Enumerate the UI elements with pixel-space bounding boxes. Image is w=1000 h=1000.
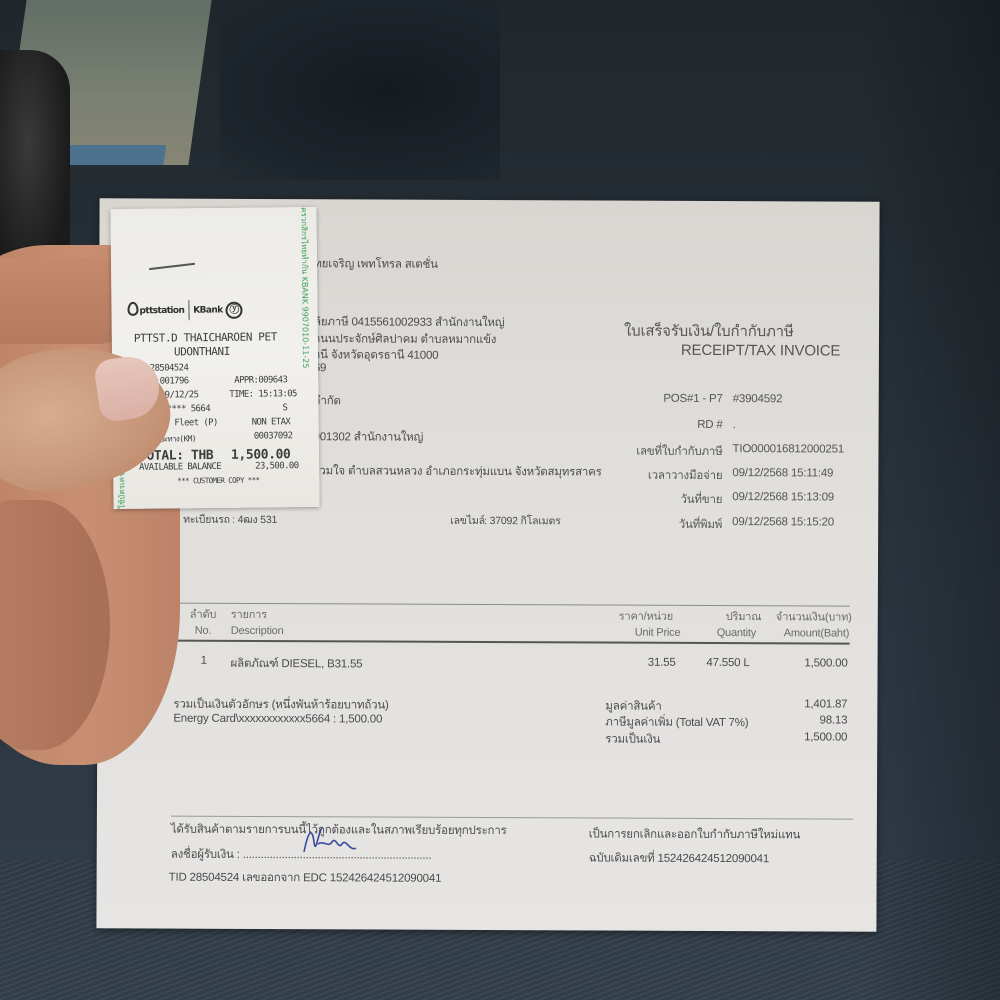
row-unit-price: 31.55 bbox=[648, 657, 676, 669]
seller-name: ทยเจริญ เพทโทรล สเตชั่น bbox=[314, 255, 438, 274]
seller-tax-id: ลิยภาษี 0415561002933 สำนักงานใหญ่ bbox=[314, 313, 504, 332]
payment-method-line: Energy Card\xxxxxxxxxxxx5664 : 1,500.00 bbox=[173, 713, 382, 726]
buyer-address: รวมใจ ตำบลสวนหลวง อำเภอกระทุ่มแบน จังหวั… bbox=[313, 462, 601, 481]
total-label: รวมเป็นเงิน bbox=[605, 731, 660, 749]
slip-balance-value: 23,500.00 bbox=[255, 461, 298, 471]
col-amount-th: จำนวนเงิน(บาท) bbox=[776, 609, 852, 625]
meta-value: 09/12/2568 15:11:49 bbox=[732, 467, 833, 479]
meta-label: POS#1 - P7 bbox=[583, 392, 723, 405]
meta-value: 09/12/2568 15:15:20 bbox=[732, 516, 834, 528]
original-invoice-number: ฉบับเดิมเลขที่ 152426424512090041 bbox=[589, 849, 769, 868]
slip-merchant-line1: PTTST.D THAICHAROEN PET bbox=[134, 330, 277, 344]
row-quantity: 47.550 L bbox=[706, 657, 749, 669]
document-title-english: RECEIPT/TAX INVOICE bbox=[681, 342, 840, 360]
slip-customer-copy: *** CUSTOMER COPY *** bbox=[177, 476, 259, 486]
meta-value: TIO000016812000251 bbox=[732, 443, 844, 455]
total-value: 98.13 bbox=[820, 714, 848, 726]
tid-edc-line: TID 28504524 เลขออกจาก EDC 1524264245120… bbox=[169, 869, 442, 888]
signature-scribble bbox=[300, 822, 360, 860]
card-payment-slip: ใช้บัตรเครดิตกสิกรไทยทำงานในที่เดียว ครว… bbox=[110, 207, 319, 509]
meta-value: 09/12/2568 15:13:09 bbox=[732, 491, 834, 503]
col-price-th: ราคา/หน่วย bbox=[619, 609, 673, 625]
car-dashboard-background bbox=[220, 0, 500, 180]
meta-value: . bbox=[733, 419, 736, 431]
vehicle-plate-value: : 4ฒง 531 bbox=[232, 511, 277, 528]
slip-odometer-value: 00037092 bbox=[254, 431, 293, 441]
seller-address-line2: านี จังหวัดอุดรธานี 41000 bbox=[314, 346, 439, 365]
col-desc-en: Description bbox=[231, 623, 284, 639]
document-title-thai: ใบเสร็จรับเงิน/ใบกำกับภาษี bbox=[624, 319, 794, 344]
mileage-value: : 37092 กิโลเมตร bbox=[484, 512, 560, 529]
slip-merchant-line2: UDONTHANI bbox=[174, 345, 230, 359]
line-items: 1ผลิตภัณฑ์ DIESEL, B31.5531.5547.550 L1,… bbox=[100, 198, 880, 201]
totals-block: มูลค่าสินค้า1,401.87ภาษีมูลค่าเพิ่ม (Tot… bbox=[100, 198, 880, 201]
meta-label: เลขที่ใบกำกับภาษี bbox=[582, 442, 722, 461]
mileage-label: เลขไมล์ bbox=[450, 512, 485, 529]
total-value: 1,500.00 bbox=[804, 731, 847, 743]
slip-time: TIME: 15:13:05 bbox=[229, 389, 297, 400]
slip-logo: pttstationKBankⓨ bbox=[127, 300, 242, 321]
row-description: ผลิตภัณฑ์ DIESEL, B31.55 bbox=[231, 655, 363, 674]
footer-rule bbox=[171, 816, 853, 820]
col-qty-en: Quantity bbox=[717, 625, 756, 641]
col-amount-en: Amount(Baht) bbox=[784, 625, 850, 641]
buyer-tax-id: 001302 สำนักงานใหญ่ bbox=[314, 428, 424, 446]
col-desc-th: รายการ bbox=[231, 607, 267, 623]
amount-in-words: รวมเป็นเงินตัวอักษร (หนึ่งพันห้าร้อยบาทถ… bbox=[173, 696, 388, 715]
total-value: 1,401.87 bbox=[804, 698, 847, 710]
ptt-flame-icon bbox=[127, 301, 138, 315]
meta-label: วันที่ขาย bbox=[582, 490, 722, 509]
col-price-en: Unit Price bbox=[635, 625, 681, 641]
pen-mark bbox=[149, 263, 195, 270]
kbank-logo-text: KBank bbox=[193, 305, 222, 315]
kbank-emblem-icon: ⓨ bbox=[225, 301, 242, 318]
col-no-en: No. bbox=[195, 623, 212, 639]
replacement-statement: เป็นการยกเลิกและออกใบกำกับภาษีใหม่แทน bbox=[589, 825, 800, 844]
col-qty-th: ปริมาณ bbox=[726, 609, 762, 625]
slip-card-flag: S bbox=[282, 403, 287, 413]
total-label: ภาษีมูลค่าเพิ่ม (Total VAT 7%) bbox=[605, 714, 748, 733]
slip-approval-code: APPR:009643 bbox=[234, 375, 287, 386]
col-no-th: ลำดับ bbox=[190, 607, 217, 623]
meta-label: RD # bbox=[583, 418, 723, 431]
invoice-meta-block: POS#1 - P7#3904592RD #.เลขที่ใบกำกับภาษี… bbox=[100, 198, 880, 201]
slip-etax-flag: NON ETAX bbox=[252, 417, 291, 427]
slip-balance-label: AVAILABLE BALANCE bbox=[139, 462, 221, 473]
meta-label: เวลาวางมือจ่าย bbox=[582, 466, 722, 485]
slip-right-border-text: ครวกสิกรไทยทำกัน KBANK 9907010-11-25 bbox=[298, 207, 311, 507]
shadow-overlay bbox=[860, 0, 1000, 1000]
logo-separator bbox=[188, 300, 189, 320]
ptt-station-logo-text: pttstation bbox=[139, 306, 184, 316]
meta-label: วันที่พิมพ์ bbox=[582, 515, 722, 534]
table-top-rule bbox=[178, 603, 850, 607]
row-number: 1 bbox=[201, 655, 207, 667]
vehicle-plate-label: ทะเบียนรถ bbox=[183, 511, 230, 528]
meta-value: #3904592 bbox=[733, 393, 783, 405]
row-amount: 1,500.00 bbox=[804, 657, 847, 669]
